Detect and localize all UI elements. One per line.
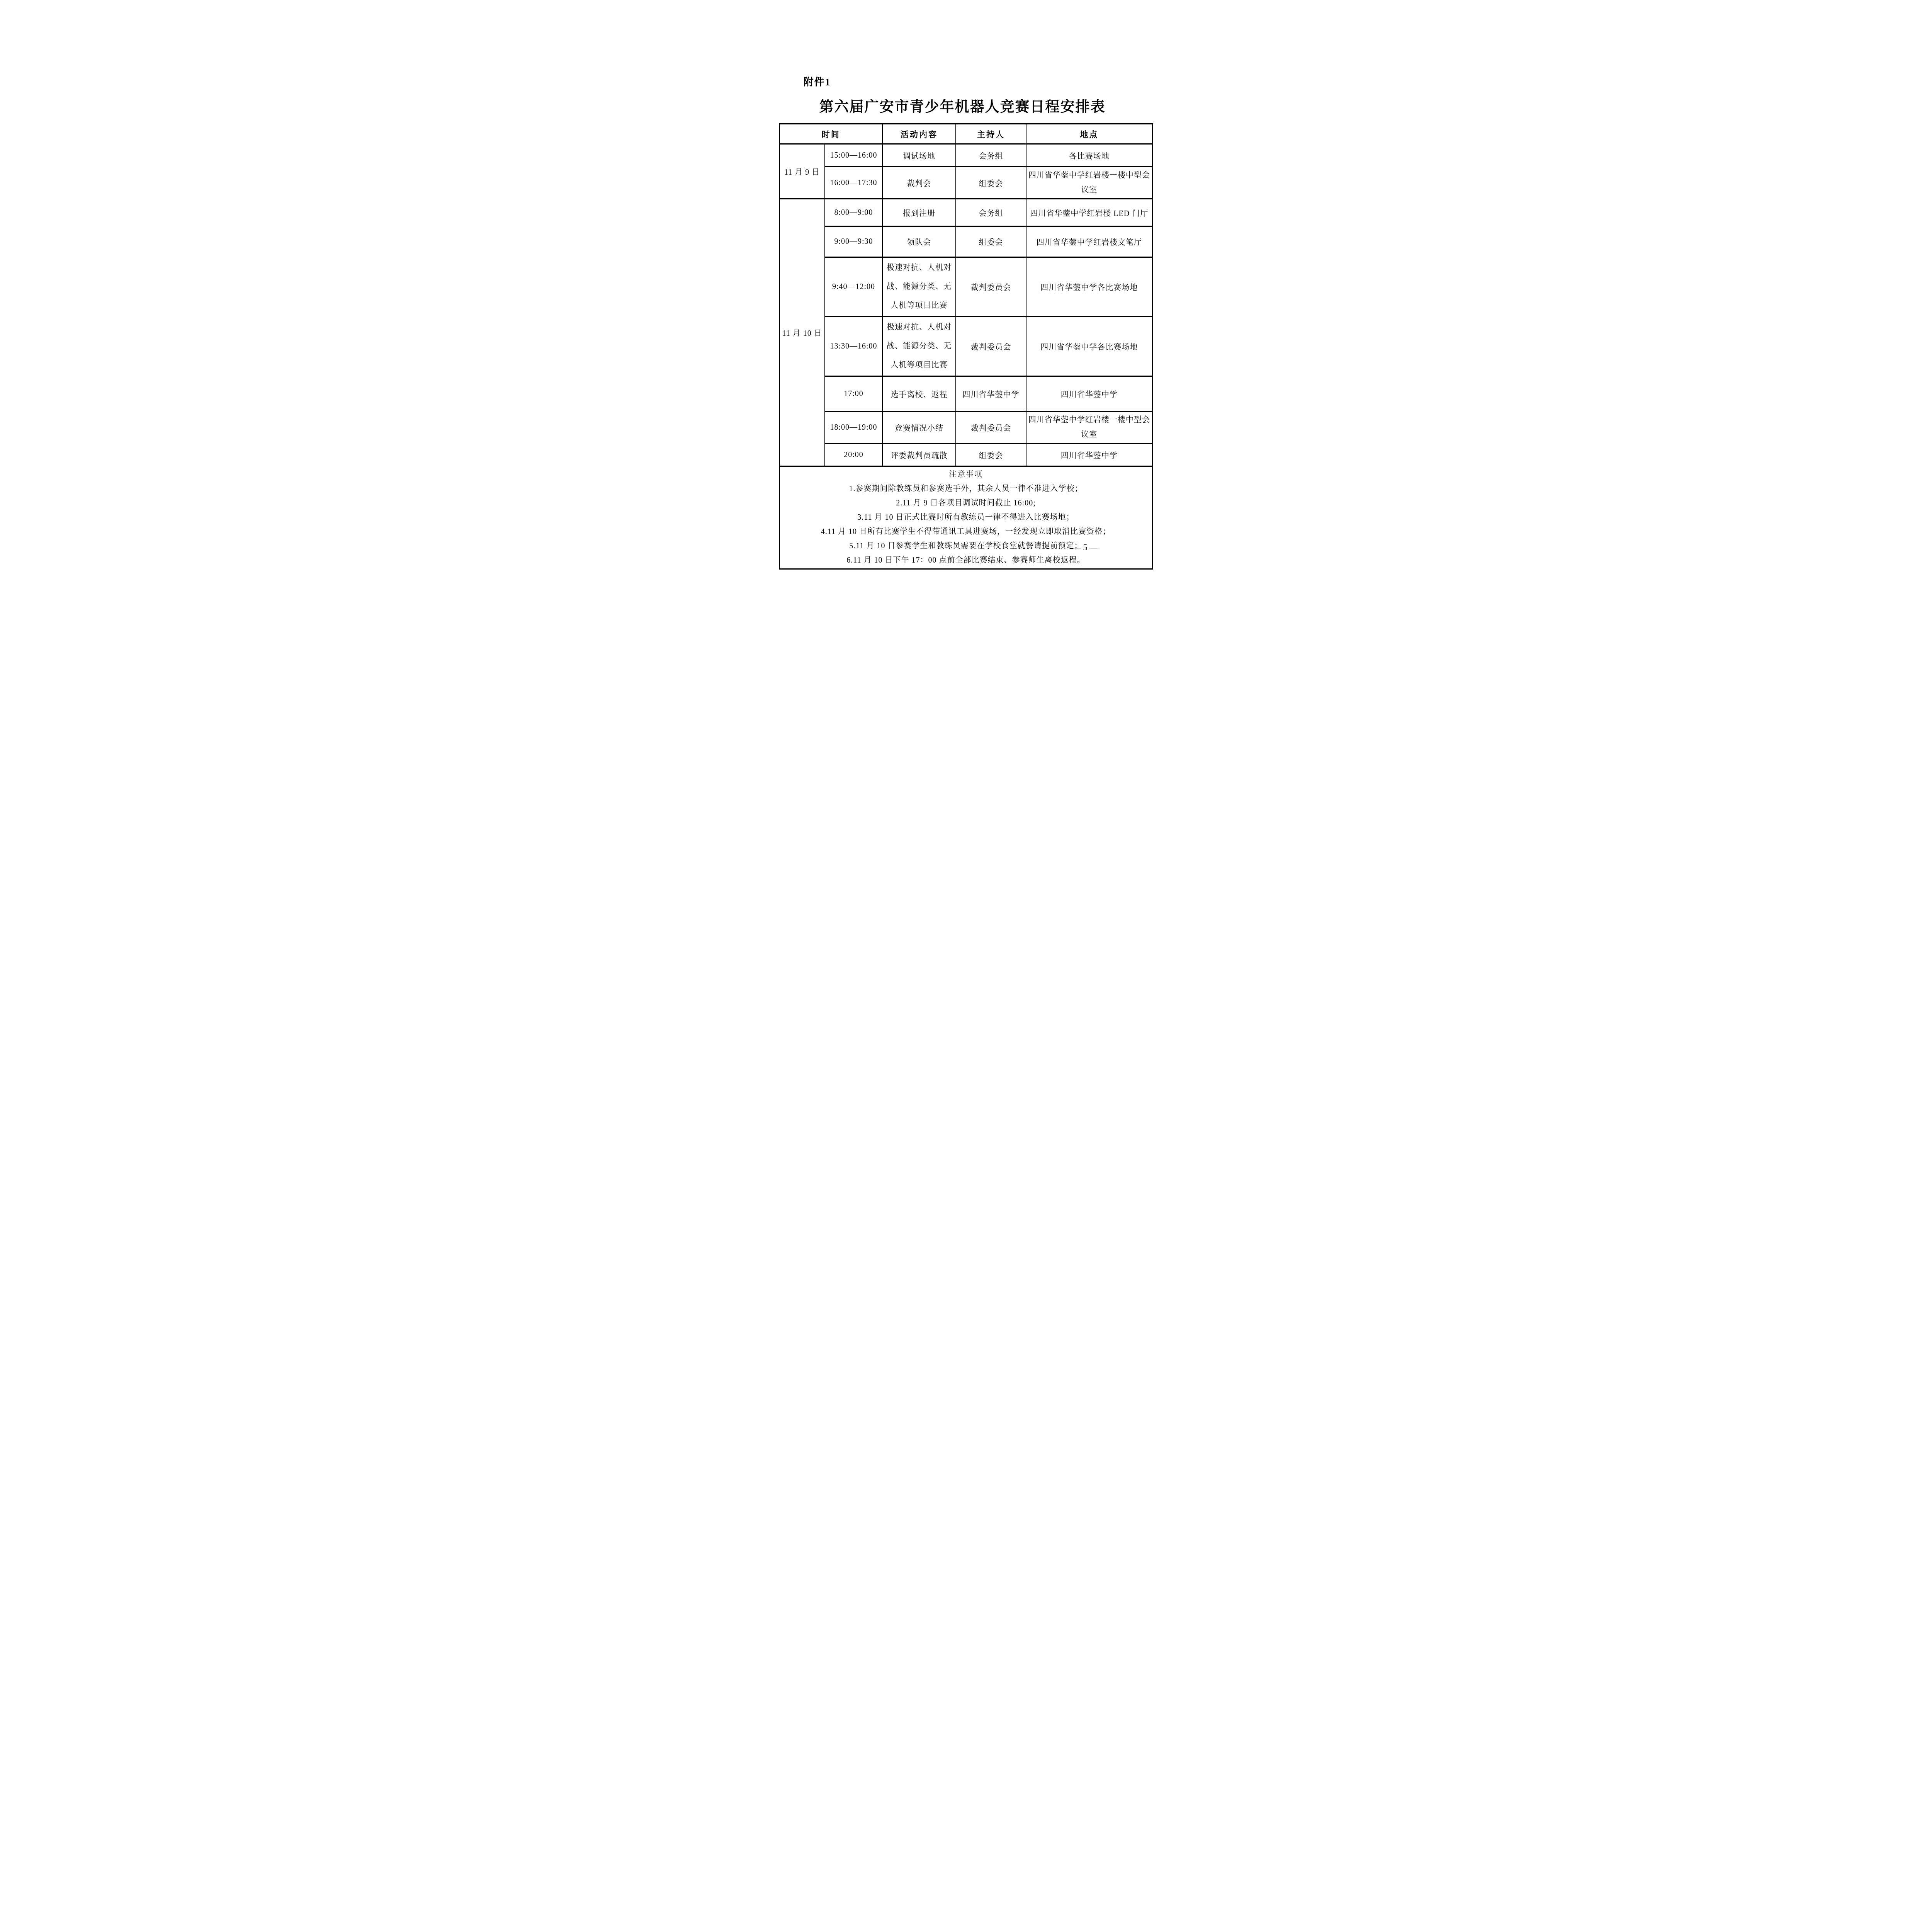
page-number: —5— (1063, 543, 1110, 553)
notes-title: 注意事项 (782, 468, 1151, 482)
table-row: 11 月 9 日 15:00—16:00 调试场地 会务组 各比赛场地 (779, 144, 1152, 167)
time-cell: 17:00 (825, 376, 882, 412)
attachment-label: 附件1 (804, 74, 831, 88)
location-cell: 各比赛场地 (1026, 144, 1152, 167)
document-page: 附件1 第六届广安市青少年机器人竞赛日程安排表 时间 活动内容 主持人 地点 1… (746, 0, 1172, 603)
table-row: 20:00 评委裁判员疏散 组委会 四川省华蓥中学 (779, 444, 1152, 466)
date-cell-nov10: 11 月 10 日 (779, 199, 825, 466)
host-cell: 组委会 (956, 444, 1026, 466)
note-item: 4.11 月 10 日所有比赛学生不得带通讯工具进赛场，一经发现立即取消比赛资格… (782, 525, 1151, 539)
table-row: 16:00—17:30 裁判会 组委会 四川省华蓥中学红岩楼一楼中型会议室 (779, 167, 1152, 199)
schedule-table: 时间 活动内容 主持人 地点 11 月 9 日 15:00—16:00 调试场地… (779, 123, 1153, 570)
table-row: 11 月 10 日 8:00—9:00 报到注册 会务组 四川省华蓥中学红岩楼 … (779, 199, 1152, 226)
location-cell: 四川省华蓥中学红岩楼一楼中型会议室 (1026, 167, 1152, 199)
time-cell: 8:00—9:00 (825, 199, 882, 226)
date-cell-nov9: 11 月 9 日 (779, 144, 825, 199)
location-cell: 四川省华蓥中学 (1026, 376, 1152, 412)
time-cell: 13:30—16:00 (825, 317, 882, 376)
host-cell: 四川省华蓥中学 (956, 376, 1026, 412)
activity-cell: 调试场地 (882, 144, 956, 167)
host-cell: 裁判委员会 (956, 412, 1026, 444)
header-activity: 活动内容 (882, 124, 956, 144)
activity-cell: 竞赛情况小结 (882, 412, 956, 444)
header-row: 时间 活动内容 主持人 地点 (779, 124, 1152, 144)
header-time: 时间 (779, 124, 882, 144)
host-cell: 组委会 (956, 226, 1026, 257)
header-host: 主持人 (956, 124, 1026, 144)
activity-cell: 领队会 (882, 226, 956, 257)
note-item: 1.参赛期间除教练员和参赛选手外，其余人员一律不准进入学校； (782, 482, 1151, 496)
location-cell: 四川省华蓥中学红岩楼 LED 门厅 (1026, 199, 1152, 226)
note-item: 3.11 月 10 日正式比赛时所有教练员一律不得进入比赛场地； (782, 510, 1151, 525)
location-cell: 四川省华蓥中学红岩楼一楼中型会议室 (1026, 412, 1152, 444)
time-cell: 15:00—16:00 (825, 144, 882, 167)
time-cell: 9:00—9:30 (825, 226, 882, 257)
note-item: 2.11 月 9 日各项目调试时间截止 16:00; (782, 496, 1151, 510)
table-row: 18:00—19:00 竞赛情况小结 裁判委员会 四川省华蓥中学红岩楼一楼中型会… (779, 412, 1152, 444)
host-cell: 组委会 (956, 167, 1026, 199)
location-cell: 四川省华蓥中学各比赛场地 (1026, 317, 1152, 376)
header-location: 地点 (1026, 124, 1152, 144)
notes-row: 注意事项 1.参赛期间除教练员和参赛选手外，其余人员一律不准进入学校； 2.11… (779, 466, 1152, 569)
time-cell: 16:00—17:30 (825, 167, 882, 199)
table-row: 9:40—12:00 极速对抗、人机对战、能源分类、无人机等项目比赛 裁判委员会… (779, 257, 1152, 317)
host-cell: 裁判委员会 (956, 257, 1026, 317)
host-cell: 裁判委员会 (956, 317, 1026, 376)
location-cell: 四川省华蓥中学红岩楼文笔厅 (1026, 226, 1152, 257)
activity-cell: 报到注册 (882, 199, 956, 226)
table-row: 17:00 选手离校、返程 四川省华蓥中学 四川省华蓥中学 (779, 376, 1152, 412)
notes-section: 注意事项 1.参赛期间除教练员和参赛选手外，其余人员一律不准进入学校； 2.11… (779, 466, 1152, 569)
table-row: 9:00—9:30 领队会 组委会 四川省华蓥中学红岩楼文笔厅 (779, 226, 1152, 257)
activity-cell: 选手离校、返程 (882, 376, 956, 412)
location-cell: 四川省华蓥中学 (1026, 444, 1152, 466)
time-cell: 20:00 (825, 444, 882, 466)
note-item: 6.11 月 10 日下午 17：00 点前全部比赛结束、参赛师生离校返程。 (782, 553, 1151, 568)
time-cell: 9:40—12:00 (825, 257, 882, 317)
activity-cell: 裁判会 (882, 167, 956, 199)
activity-cell: 评委裁判员疏散 (882, 444, 956, 466)
host-cell: 会务组 (956, 199, 1026, 226)
document-title: 第六届广安市青少年机器人竞赛日程安排表 (769, 95, 1156, 116)
activity-cell: 极速对抗、人机对战、能源分类、无人机等项目比赛 (882, 257, 956, 317)
host-cell: 会务组 (956, 144, 1026, 167)
location-cell: 四川省华蓥中学各比赛场地 (1026, 257, 1152, 317)
table-row: 13:30—16:00 极速对抗、人机对战、能源分类、无人机等项目比赛 裁判委员… (779, 317, 1152, 376)
time-cell: 18:00—19:00 (825, 412, 882, 444)
activity-cell: 极速对抗、人机对战、能源分类、无人机等项目比赛 (882, 317, 956, 376)
